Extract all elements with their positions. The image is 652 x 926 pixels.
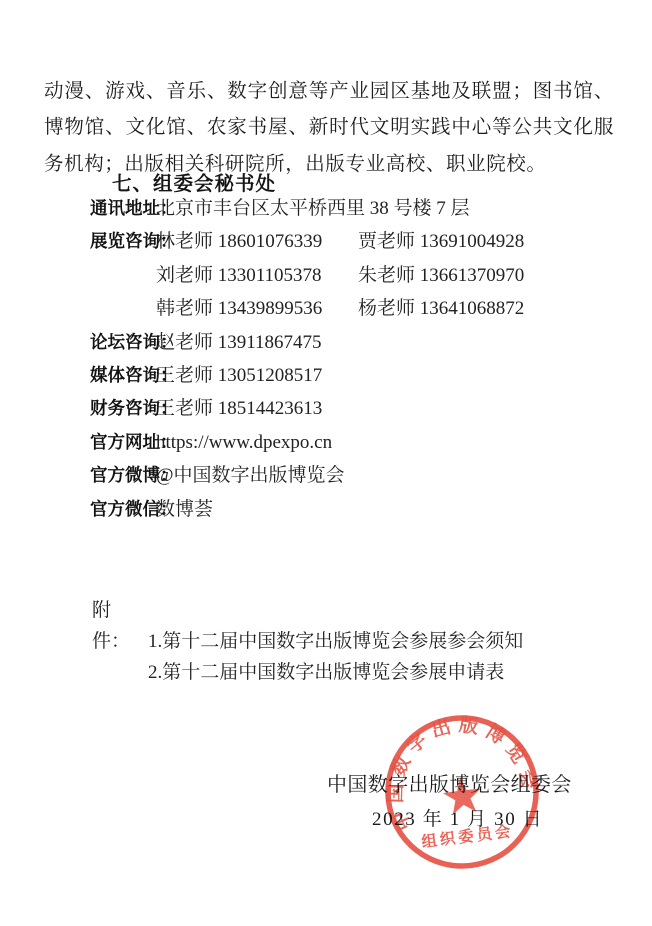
contact-label: 财务咨询： [90, 392, 156, 425]
contact-value: 王老师 18514423613 [156, 392, 322, 425]
contact-value: 刘老师 13301105378 [156, 259, 358, 292]
document-page: 动漫、游戏、音乐、数字创意等产业园区基地及联盟；图书馆、博物馆、文化馆、农家书屋… [0, 0, 652, 926]
attachment-line-1: 附件：1.第十二届中国数字出版博览会参展参会须知 [92, 595, 572, 657]
attachment-item-1: 1.第十二届中国数字出版博览会参展参会须知 [148, 631, 523, 652]
contact-label: 官方微博： [90, 459, 156, 492]
contact-row-expo-cont: 刘老师 13301105378朱老师 13661370970 [90, 259, 630, 292]
contact-row-expo: 展览咨询：林老师 18601076339贾老师 13691004928 [90, 225, 630, 258]
contact-value: 赵老师 13911867475 [156, 326, 322, 359]
contact-row-finance: 财务咨询：王老师 18514423613 [90, 392, 630, 425]
contact-row-forum: 论坛咨询：赵老师 13911867475 [90, 326, 630, 359]
contact-info-block: 通讯地址：北京市丰台区太平桥西里 38 号楼 7 层 展览咨询：林老师 1860… [90, 192, 630, 526]
contact-label: 论坛咨询： [90, 326, 156, 359]
contact-label: 通讯地址： [90, 192, 156, 225]
contact-row-weibo: 官方微博：@中国数字出版博览会 [90, 459, 630, 492]
contact-row-address: 通讯地址：北京市丰台区太平桥西里 38 号楼 7 层 [90, 192, 630, 225]
contact-row-website: 官方网址：https://www.dpexpo.cn [90, 426, 630, 459]
contact-row-expo-cont: 韩老师 13439899536杨老师 13641068872 [90, 292, 630, 325]
attachments-label: 附件： [92, 595, 148, 657]
contact-label: 官方微信： [90, 493, 156, 526]
attachments-block: 附件：1.第十二届中国数字出版博览会参展参会须知 2.第十二届中国数字出版博览会… [92, 595, 572, 688]
contact-value: 北京市丰台区太平桥西里 38 号楼 7 层 [156, 192, 470, 225]
contact-value: 林老师 18601076339 [156, 225, 358, 258]
contact-value-2: 贾老师 13691004928 [358, 225, 524, 258]
contact-value: 王老师 13051208517 [156, 359, 322, 392]
website-url: https://www.dpexpo.cn [156, 426, 332, 459]
contact-label: 官方网址： [90, 426, 156, 459]
contact-value: 数博荟 [156, 493, 213, 526]
contact-row-wechat: 官方微信：数博荟 [90, 493, 630, 526]
attachment-item-2: 2.第十二届中国数字出版博览会参展申请表 [148, 657, 572, 688]
intro-paragraph: 动漫、游戏、音乐、数字创意等产业园区基地及联盟；图书馆、博物馆、文化馆、农家书屋… [44, 74, 614, 184]
contact-value-2: 朱老师 13661370970 [358, 259, 524, 292]
contact-row-media: 媒体咨询：王老师 13051208517 [90, 359, 630, 392]
contact-label: 媒体咨询： [90, 359, 156, 392]
signature-date: 2023 年 1 月 30 日 [372, 804, 543, 831]
signature-organization: 中国数字出版博览会组委会 [327, 768, 572, 797]
contact-value: @中国数字出版博览会 [156, 459, 345, 492]
contact-value: 韩老师 13439899536 [156, 292, 358, 325]
contact-label: 展览咨询： [90, 225, 156, 258]
contact-value-2: 杨老师 13641068872 [358, 292, 524, 325]
